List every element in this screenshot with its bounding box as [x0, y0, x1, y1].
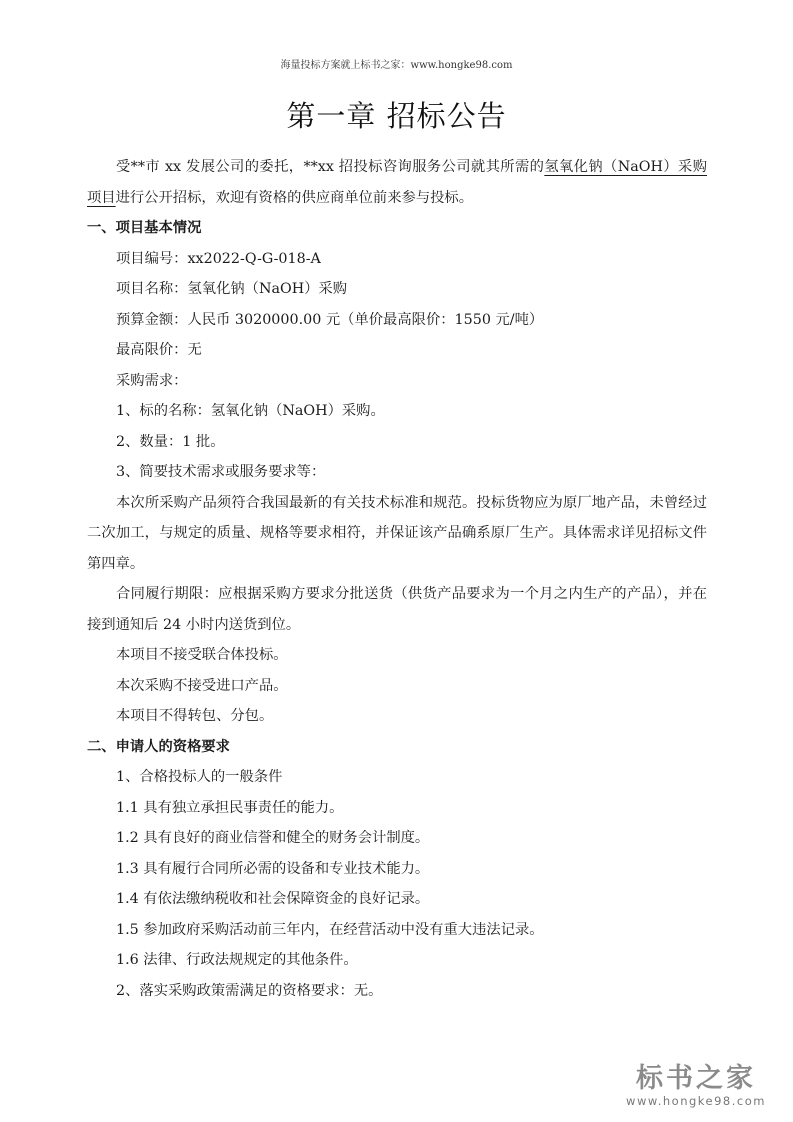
note-no-consortium: 本项目不接受联合体投标。 [87, 640, 707, 671]
qualification-item: 1.6 法律、行政法规规定的其他条件。 [87, 945, 707, 976]
document-body: 受**市 xx 发展公司的委托，**xx 招投标咨询服务公司就其所需的氢氧化钠（… [87, 152, 707, 1006]
qualification-item: 1.5 参加政府采购活动前三年内，在经营活动中没有重大违法记录。 [87, 915, 707, 946]
section-heading-basic-info: 一、项目基本情况 [87, 213, 707, 244]
field-project-number: 项目编号：xx2022-Q-G-018-A [87, 244, 707, 275]
field-budget: 预算金额：人民币 3020000.00 元（单价最高限价：1550 元/吨） [87, 305, 707, 336]
field-quantity: 2、数量：1 批。 [87, 427, 707, 458]
field-max-price: 最高限价：无 [87, 335, 707, 366]
field-tech-requirements: 3、简要技术需求或服务要求等： [87, 457, 707, 488]
page-title: 第一章 招标公告 [0, 94, 793, 135]
qualification-item: 2、落实采购政策需满足的资格要求：无。 [87, 976, 707, 1007]
field-subject-name: 1、标的名称：氢氧化钠（NaOH）采购。 [87, 396, 707, 427]
section-heading-qualifications: 二、申请人的资格要求 [87, 732, 707, 763]
page-header: 海量投标方案就上标书之家：www.hongke98.com [0, 56, 793, 71]
field-requirements-label: 采购需求： [87, 366, 707, 397]
qualification-item: 1.1 具有独立承担民事责任的能力。 [87, 793, 707, 824]
contract-paragraph: 合同履行期限：应根据采购方要求分批送货（供货产品要求为一个月之内生产的产品），并… [87, 579, 707, 640]
qualification-item: 1、合格投标人的一般条件 [87, 762, 707, 793]
watermark-url: www.hongke98.com [621, 1094, 771, 1108]
qualification-item: 1.4 有依法缴纳税收和社会保障资金的良好记录。 [87, 884, 707, 915]
note-no-import: 本次采购不接受进口产品。 [87, 671, 707, 702]
watermark-logo: 标书之家 www.hongke98.com [621, 1064, 771, 1108]
intro-suffix: 进行公开招标，欢迎有资格的供应商单位前来参与投标。 [116, 190, 473, 206]
tech-paragraph: 本次所采购产品须符合我国最新的有关技术标准和规范。投标货物应为原厂地产品，未曾经… [87, 488, 707, 580]
intro-paragraph: 受**市 xx 发展公司的委托，**xx 招投标咨询服务公司就其所需的氢氧化钠（… [87, 152, 707, 213]
qualification-item: 1.3 具有履行合同所必需的设备和专业技术能力。 [87, 854, 707, 885]
field-project-name: 项目名称：氢氧化钠（NaOH）采购 [87, 274, 707, 305]
watermark-name: 标书之家 [621, 1064, 771, 1094]
qualification-item: 1.2 具有良好的商业信誉和健全的财务会计制度。 [87, 823, 707, 854]
intro-prefix: 受**市 xx 发展公司的委托，**xx 招投标咨询服务公司就其所需的 [116, 159, 544, 175]
note-no-subcontract: 本项目不得转包、分包。 [87, 701, 707, 732]
